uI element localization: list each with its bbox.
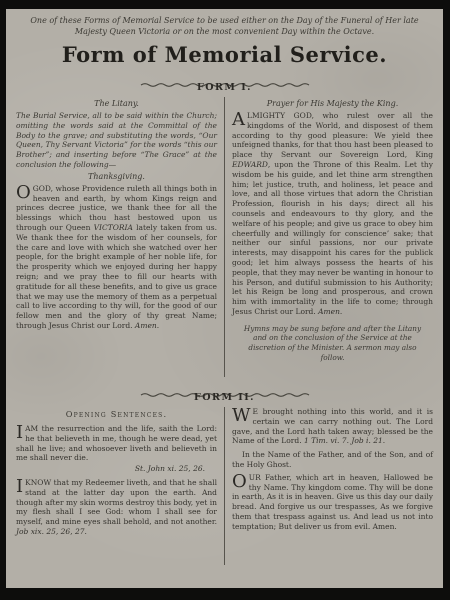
prayer-text: lately taken from us. We thank thee for … bbox=[16, 223, 217, 330]
dropcap-i: I bbox=[16, 478, 25, 495]
dropcap-o: O bbox=[232, 473, 249, 490]
document-page: One of these Forms of Memorial Service t… bbox=[6, 9, 443, 588]
queen-name: VICTORIA bbox=[94, 223, 133, 232]
lords-prayer: OUR Father, which art in heaven, Hallowe… bbox=[232, 473, 433, 532]
form2-right-column: WE brought nothing into this world, and … bbox=[225, 407, 433, 565]
form2-heading: FORM II. bbox=[16, 392, 433, 403]
king-prayer: ALMIGHTY GOD, who rulest over all the ki… bbox=[232, 111, 433, 317]
form1-right-column: Prayer for His Majesty the King. ALMIGHT… bbox=[225, 97, 433, 377]
sentence-text: AM the resurrection and the life, saith … bbox=[16, 424, 217, 462]
opening-sentences-heading: Opening Sentences. bbox=[16, 409, 217, 419]
citation-st-john: St. John xi. 25, 26. bbox=[16, 464, 217, 474]
opening-sentence-3: WE brought nothing into this world, and … bbox=[232, 407, 433, 446]
thanksgiving-heading: Thanksgiving. bbox=[16, 172, 217, 181]
dropcap-i: I bbox=[16, 424, 25, 441]
amen-text: Amen. bbox=[135, 321, 159, 330]
dropcap-w: W bbox=[232, 407, 253, 424]
prayer-text: UR Father, which art in heaven, Hallowed… bbox=[232, 473, 433, 531]
thanksgiving-prayer: OGOD, whose Providence ruleth all things… bbox=[16, 184, 217, 331]
form2-columns: Opening Sentences. IAM the resurrection … bbox=[16, 407, 433, 565]
usage-note: One of these Forms of Memorial Service t… bbox=[16, 16, 433, 37]
page-title: Form of Memorial Service. bbox=[16, 42, 433, 67]
opening-sentence-1: IAM the resurrection and the life, saith… bbox=[16, 424, 217, 463]
king-name: EDWARD bbox=[232, 160, 268, 169]
amen-text: Amen. bbox=[318, 307, 342, 316]
citation-tim-job: 1 Tim. vi. 7. Job i. 21. bbox=[304, 436, 385, 445]
litany-heading: The Litany. bbox=[16, 99, 217, 108]
prayer-text: , upon the Throne of this Realm. Let thy… bbox=[232, 160, 433, 316]
sentence-text: KNOW that my Redeemer liveth, and that h… bbox=[16, 478, 217, 526]
wavy-divider bbox=[16, 73, 433, 79]
form1-left-column: The Litany. The Burial Service, all to b… bbox=[16, 97, 224, 377]
in-the-name-line: In the Name of the Father, and of the So… bbox=[232, 450, 433, 470]
king-prayer-heading: Prayer for His Majesty the King. bbox=[232, 99, 433, 108]
litany-rubric: The Burial Service, all to be said withi… bbox=[16, 111, 217, 170]
form2-left-column: Opening Sentences. IAM the resurrection … bbox=[16, 407, 224, 565]
dropcap-o: O bbox=[16, 184, 33, 201]
prayer-text: LMIGHTY GOD, who rulest over all the kin… bbox=[232, 111, 433, 159]
form1-columns: The Litany. The Burial Service, all to b… bbox=[16, 97, 433, 377]
wavy-divider bbox=[16, 383, 433, 389]
photo-frame: One of these Forms of Memorial Service t… bbox=[0, 0, 450, 600]
form1-heading: FORM I. bbox=[16, 82, 433, 93]
citation-job: Job xix. 25, 26, 27. bbox=[16, 527, 87, 536]
hymn-rubric: Hymns may be sung before and after the L… bbox=[232, 321, 433, 362]
opening-sentence-2: IKNOW that my Redeemer liveth, and that … bbox=[16, 478, 217, 537]
dropcap-a: A bbox=[232, 111, 247, 128]
